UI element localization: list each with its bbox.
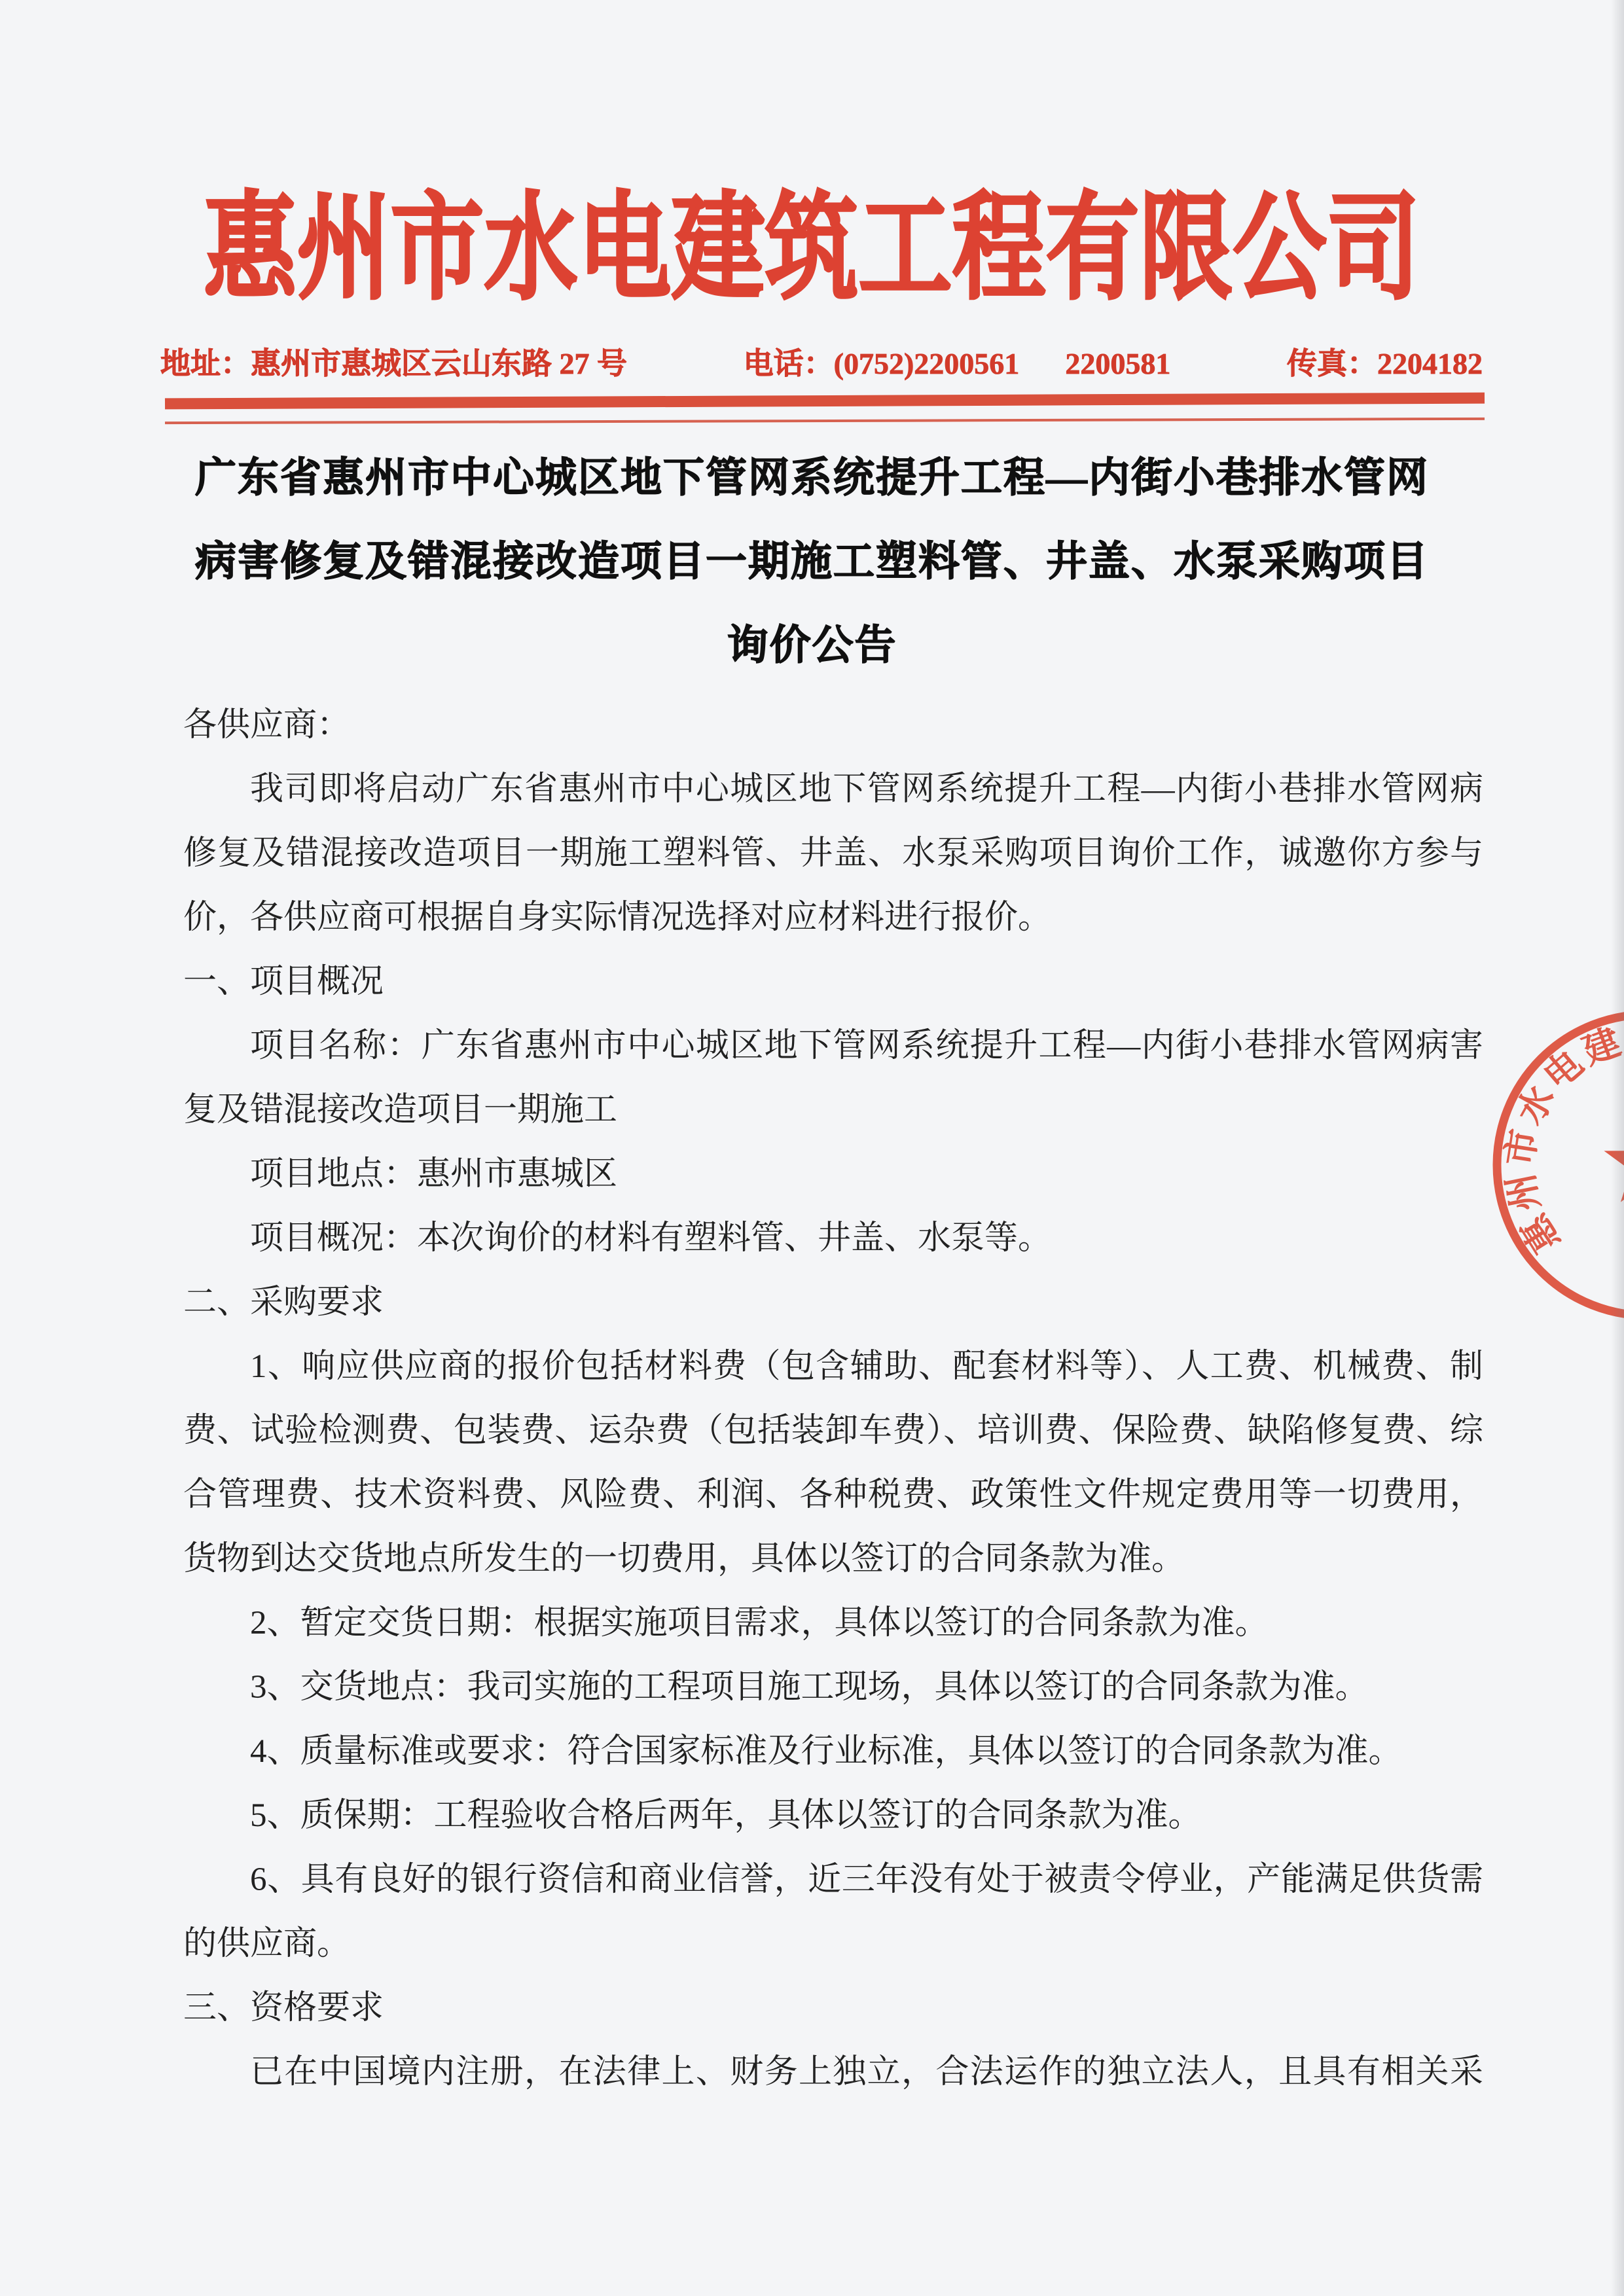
company-name: 惠州市水电建筑工程有限公司 [0,183,1624,314]
body-line: 3、交货地点：我司实施的工程项目施工现场，具体以签订的合同条款为准。 [183,1655,1483,1719]
body-text: 各供应商：我司即将启动广东省惠州市中心城区地下管网系统提升工程—内街小巷排水管网… [183,693,1483,2104]
body-line: 4、质量标准或要求：符合国家标准及行业标准，具体以签订的合同条款为准。 [183,1719,1483,1784]
address-text: 地址：惠州市惠城区云山东路 27 号 [160,340,627,383]
title-line-1: 广东省惠州市中心城区地下管网系统提升工程—内街小巷排水管网 [0,436,1624,520]
body-line: 6、具有良好的银行资信和商业信誉，近三年没有处于被责令停业，产能满足供货需求 [183,1848,1483,1912]
body-line: 项目概况：本次询价的材料有塑料管、井盖、水泵等。 [183,1206,1483,1270]
document-page: 惠州市水电建筑工程有限公司 地址：惠州市惠城区云山东路 27 号 电话：(075… [0,0,1624,2296]
body-line: 各供应商： [183,693,1483,757]
phone-number-2: 2200581 [1065,347,1170,380]
header-divider-thick [165,393,1485,410]
company-stamp: 惠州市水电建筑工程有限公司 [1464,982,1624,1348]
title-line-2: 病害修复及错混接改造项目一期施工塑料管、井盖、水泵采购项目 [0,520,1624,603]
svg-text:惠州市水电建筑工程有限公司: 惠州市水电建筑工程有限公司 [1500,1018,1624,1260]
body-line: 三、资格要求 [183,1976,1483,2040]
body-line: 项目地点：惠州市惠城区 [183,1142,1483,1206]
body-line: 二、采购要求 [183,1270,1483,1335]
body-line: 的供应商。 [183,1912,1483,1976]
body-line: 2、暂定交货日期：根据实施项目需求，具体以签订的合同条款为准。 [183,1591,1483,1655]
body-line: 复及错混接改造项目一期施工 [183,1078,1483,1142]
body-line: 5、质保期：工程验收合格后两年，具体以签订的合同条款为准。 [183,1784,1483,1848]
body-line: 货物到达交货地点所发生的一切费用，具体以签订的合同条款为准。 [183,1527,1483,1591]
title-line-3: 询价公告 [0,603,1624,687]
phone-text: 电话：(0752)22005612200581 [744,340,1171,383]
body-line: 1、响应供应商的报价包括材料费（包含辅助、配套材料等）、人工费、机械费、制作 [183,1335,1483,1399]
body-line: 一、项目概况 [183,950,1483,1014]
body-line: 我司即将启动广东省惠州市中心城区地下管网系统提升工程—内街小巷排水管网病害 [183,757,1483,821]
phone-number: 电话：(0752)2200561 [744,347,1020,380]
body-line: 修复及错混接改造项目一期施工塑料管、井盖、水泵采购项目询价工作，诚邀你方参与报 [183,821,1483,886]
body-line: 价，各供应商可根据自身实际情况选择对应材料进行报价。 [183,886,1483,950]
body-line: 合管理费、技术资料费、风险费、利润、各种税费、政策性文件规定费用等一切费用，即 [183,1463,1483,1527]
body-line: 费、试验检测费、包装费、运杂费（包括装卸车费）、培训费、保险费、缺陷修复费、综 [183,1399,1483,1463]
stamp-star-icon [1604,1119,1624,1202]
body-line: 项目名称：广东省惠州市中心城区地下管网系统提升工程—内街小巷排水管网病害修 [183,1014,1483,1078]
stamp-ring-text: 惠州市水电建筑工程有限公司 [1500,1018,1624,1260]
header-divider-thin [165,418,1485,424]
body-line: 已在中国境内注册，在法律上、财务上独立，合法运作的独立法人，且具有相关采购 [183,2040,1483,2104]
document-title: 广东省惠州市中心城区地下管网系统提升工程—内街小巷排水管网 病害修复及错混接改造… [0,436,1624,687]
contact-line: 地址：惠州市惠城区云山东路 27 号 电话：(0752)220056122005… [160,338,1483,385]
fax-text: 传真：2204182 [1287,340,1483,383]
